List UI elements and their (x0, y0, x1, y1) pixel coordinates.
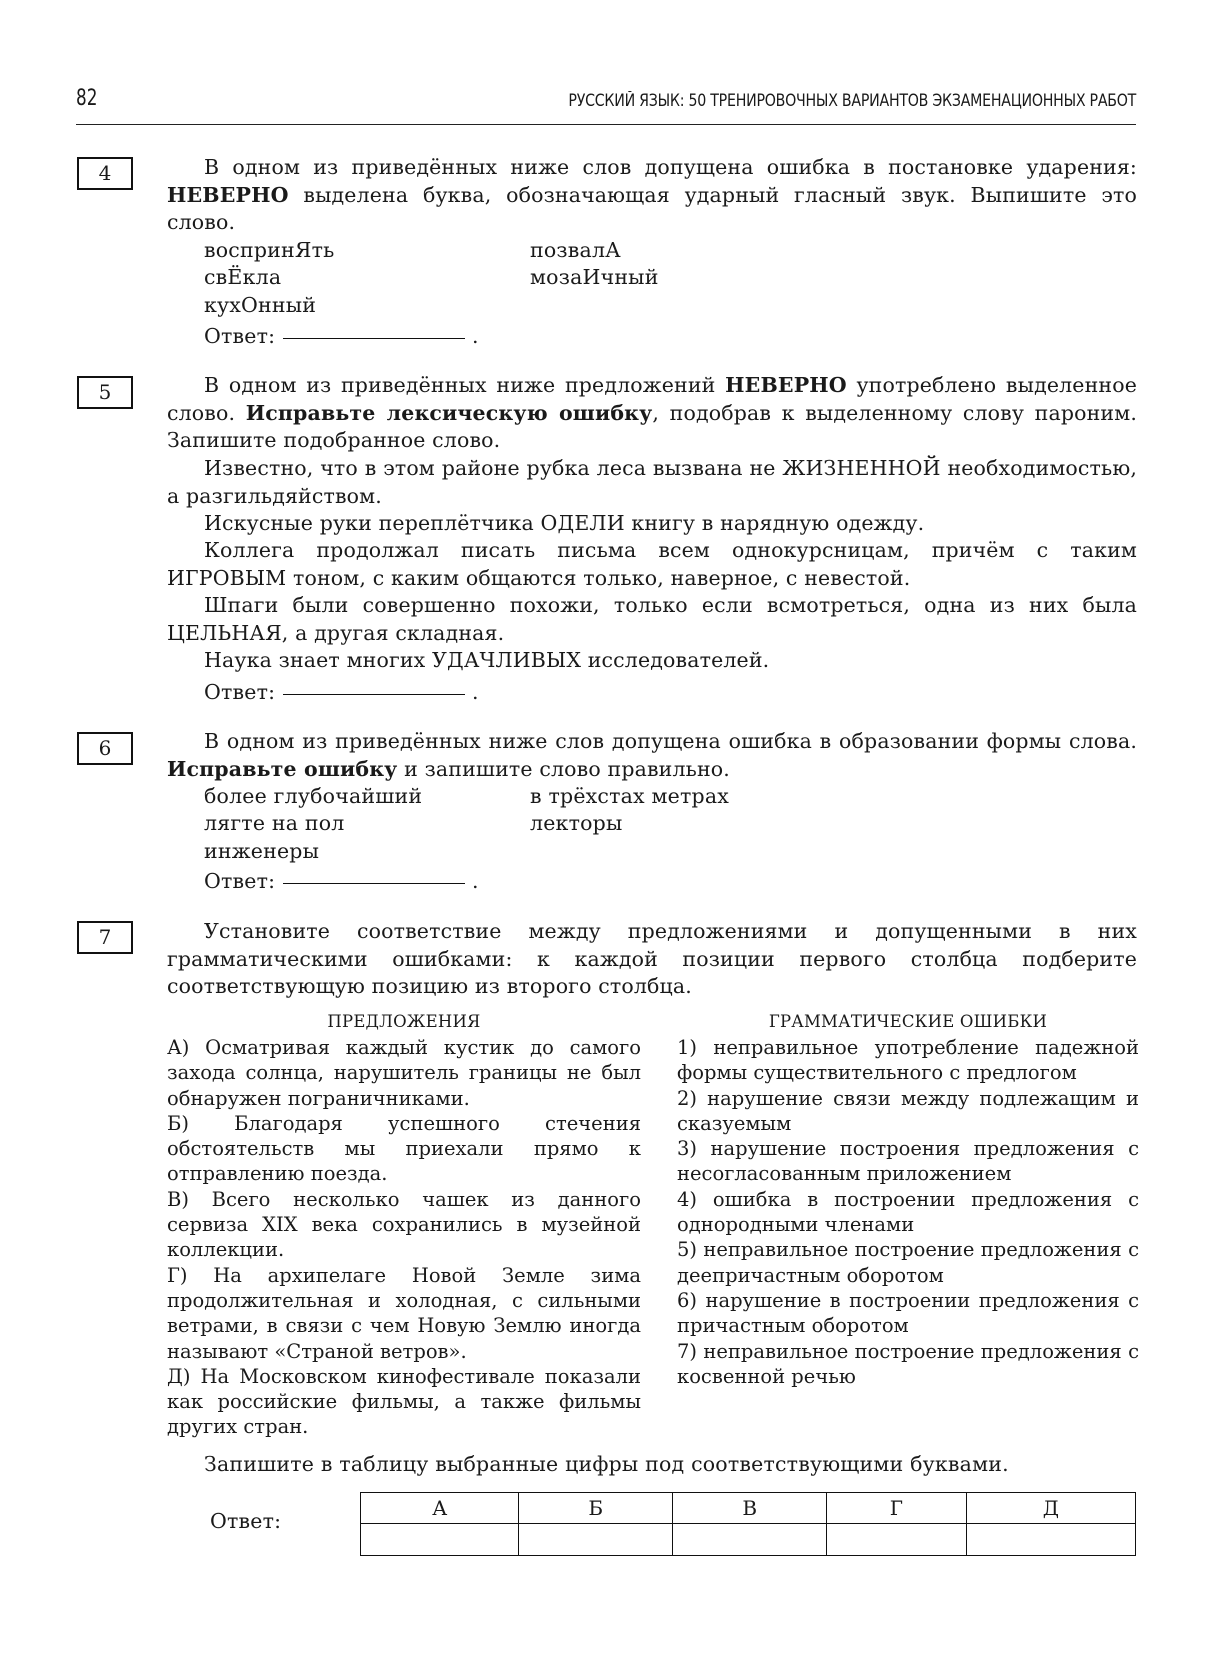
task-5-text: В одном из приведённых ниже предложений (204, 373, 725, 397)
task-7-answer-label: Ответ: (210, 1508, 281, 1536)
answer-label: Ответ: (204, 324, 275, 348)
task-6-word-3: инженеры (204, 838, 319, 866)
sentence-d: Д) На Московском кинофестивале показали … (167, 1364, 641, 1440)
answer-label: Ответ: (204, 869, 275, 893)
page-number: 82 (76, 86, 97, 111)
error-7: 7) неправильное построение предложения с… (677, 1339, 1139, 1390)
task-5-sentence-5: Наука знает многих УДАЧЛИВЫХ исследовате… (167, 647, 1137, 675)
answer-cell-d[interactable] (966, 1524, 1135, 1556)
error-2: 2) нарушение связи между подлежащим и ск… (677, 1086, 1139, 1137)
error-1: 1) неправильное употребление падежной фо… (677, 1035, 1139, 1086)
task-4-text: В одном из приведённых ниже слов допущен… (204, 155, 1137, 179)
answer-table-header-g: Г (827, 1493, 967, 1524)
task-number-4: 4 (77, 157, 133, 190)
answer-table: А Б В Г Д (360, 1492, 1136, 1556)
task-6-emphasis: Исправьте ошибку (167, 757, 397, 781)
task-6-word-1: более глубочайший (204, 783, 422, 811)
textbook-page: 82 РУССКИЙ ЯЗЫК: 50 ТРЕНИРОВОЧНЫХ ВАРИАН… (0, 0, 1216, 1654)
task-4-word-2: свЁкла (204, 264, 281, 292)
task-5-answer-field[interactable] (283, 694, 465, 695)
sentence-g: Г) На архипелаге Новой Земле зима продол… (167, 1263, 641, 1364)
answer-cell-g[interactable] (827, 1524, 967, 1556)
task-5-sentence-1: Известно, что в этом районе рубка леса в… (167, 455, 1137, 510)
task-5-sentence-4: Шпаги были совершенно похожи, только есл… (167, 592, 1137, 647)
task-5-answer: Ответ: . (204, 679, 479, 707)
task-4-answer: Ответ: . (204, 323, 479, 351)
header-divider (76, 124, 1136, 125)
task-6-word-4: в трёхстах метрах (530, 783, 729, 811)
sentence-v: В) Всего несколько чашек из данного серв… (167, 1187, 641, 1263)
task-4-emphasis: НЕВЕРНО (167, 183, 289, 207)
answer-cell-a[interactable] (361, 1524, 519, 1556)
answer-table-header-a: А (361, 1493, 519, 1524)
task-4-prompt: В одном из приведённых ниже слов допущен… (167, 154, 1137, 237)
task-number-6: 6 (77, 732, 133, 765)
task-6-answer: Ответ: . (204, 868, 479, 896)
task-number-5: 5 (77, 376, 133, 409)
sentence-b: Б) Благодаря успешного стечения обстояте… (167, 1111, 641, 1187)
error-5: 5) неправильное построение предложения с… (677, 1237, 1139, 1288)
book-title: РУССКИЙ ЯЗЫК: 50 ТРЕНИРОВОЧНЫХ ВАРИАНТОВ… (568, 91, 1136, 110)
answer-label: Ответ: (204, 680, 275, 704)
answer-cell-b[interactable] (519, 1524, 673, 1556)
answer-table-header-b: Б (519, 1493, 673, 1524)
task-5-prompt: В одном из приведённых ниже предложений … (167, 372, 1137, 455)
task-4-text-cont: выделена буква, обозначающая ударный гла… (167, 183, 1137, 235)
task-4-answer-field[interactable] (283, 338, 465, 339)
task-5-sentence-3: Коллега продолжал писать письма всем одн… (167, 537, 1137, 592)
error-3: 3) нарушение построения предложения с не… (677, 1136, 1139, 1187)
task-5-emphasis-1: НЕВЕРНО (725, 373, 847, 397)
answer-cell-v[interactable] (673, 1524, 827, 1556)
task-6-answer-field[interactable] (283, 883, 465, 884)
task-5-sentence-2: Искусные руки переплётчика ОДЕЛИ книгу в… (167, 510, 1137, 538)
table-instruction: Запишите в таблицу выбранные цифры под с… (204, 1451, 1009, 1479)
task-7-prompt: Установите соответствие между предложени… (167, 918, 1137, 1001)
task-6-prompt: В одном из приведённых ниже слов допущен… (167, 728, 1137, 783)
task-6-word-5: лекторы (530, 810, 623, 838)
task-5-emphasis-2: Исправьте лексическую ошибку (246, 401, 653, 425)
error-6: 6) нарушение в построении предложения с … (677, 1288, 1139, 1339)
task-4-word-4: позвалА (530, 237, 621, 265)
errors-column: 1) неправильное употребление падежной фо… (677, 1035, 1139, 1389)
answer-table-header-v: В (673, 1493, 827, 1524)
sentences-column: А) Осматривая каждый кустик до самого за… (167, 1035, 641, 1440)
task-6-text: В одном из приведённых ниже слов допущен… (204, 729, 1137, 753)
task-number-7: 7 (77, 921, 133, 954)
task-4-word-5: мозаИчный (530, 264, 659, 292)
task-4-word-1: воспринЯть (204, 237, 335, 265)
errors-column-header: ГРАММАТИЧЕСКИЕ ОШИБКИ (677, 1012, 1139, 1031)
task-4-word-3: кухОнный (204, 292, 316, 320)
error-4: 4) ошибка в построении предложения с одн… (677, 1187, 1139, 1238)
sentences-column-header: ПРЕДЛОЖЕНИЯ (167, 1012, 641, 1031)
answer-table-header-d: Д (966, 1493, 1135, 1524)
sentence-a: А) Осматривая каждый кустик до самого за… (167, 1035, 641, 1111)
task-6-text-cont: и запишите слово правильно. (397, 757, 730, 781)
task-6-word-2: лягте на пол (204, 810, 345, 838)
